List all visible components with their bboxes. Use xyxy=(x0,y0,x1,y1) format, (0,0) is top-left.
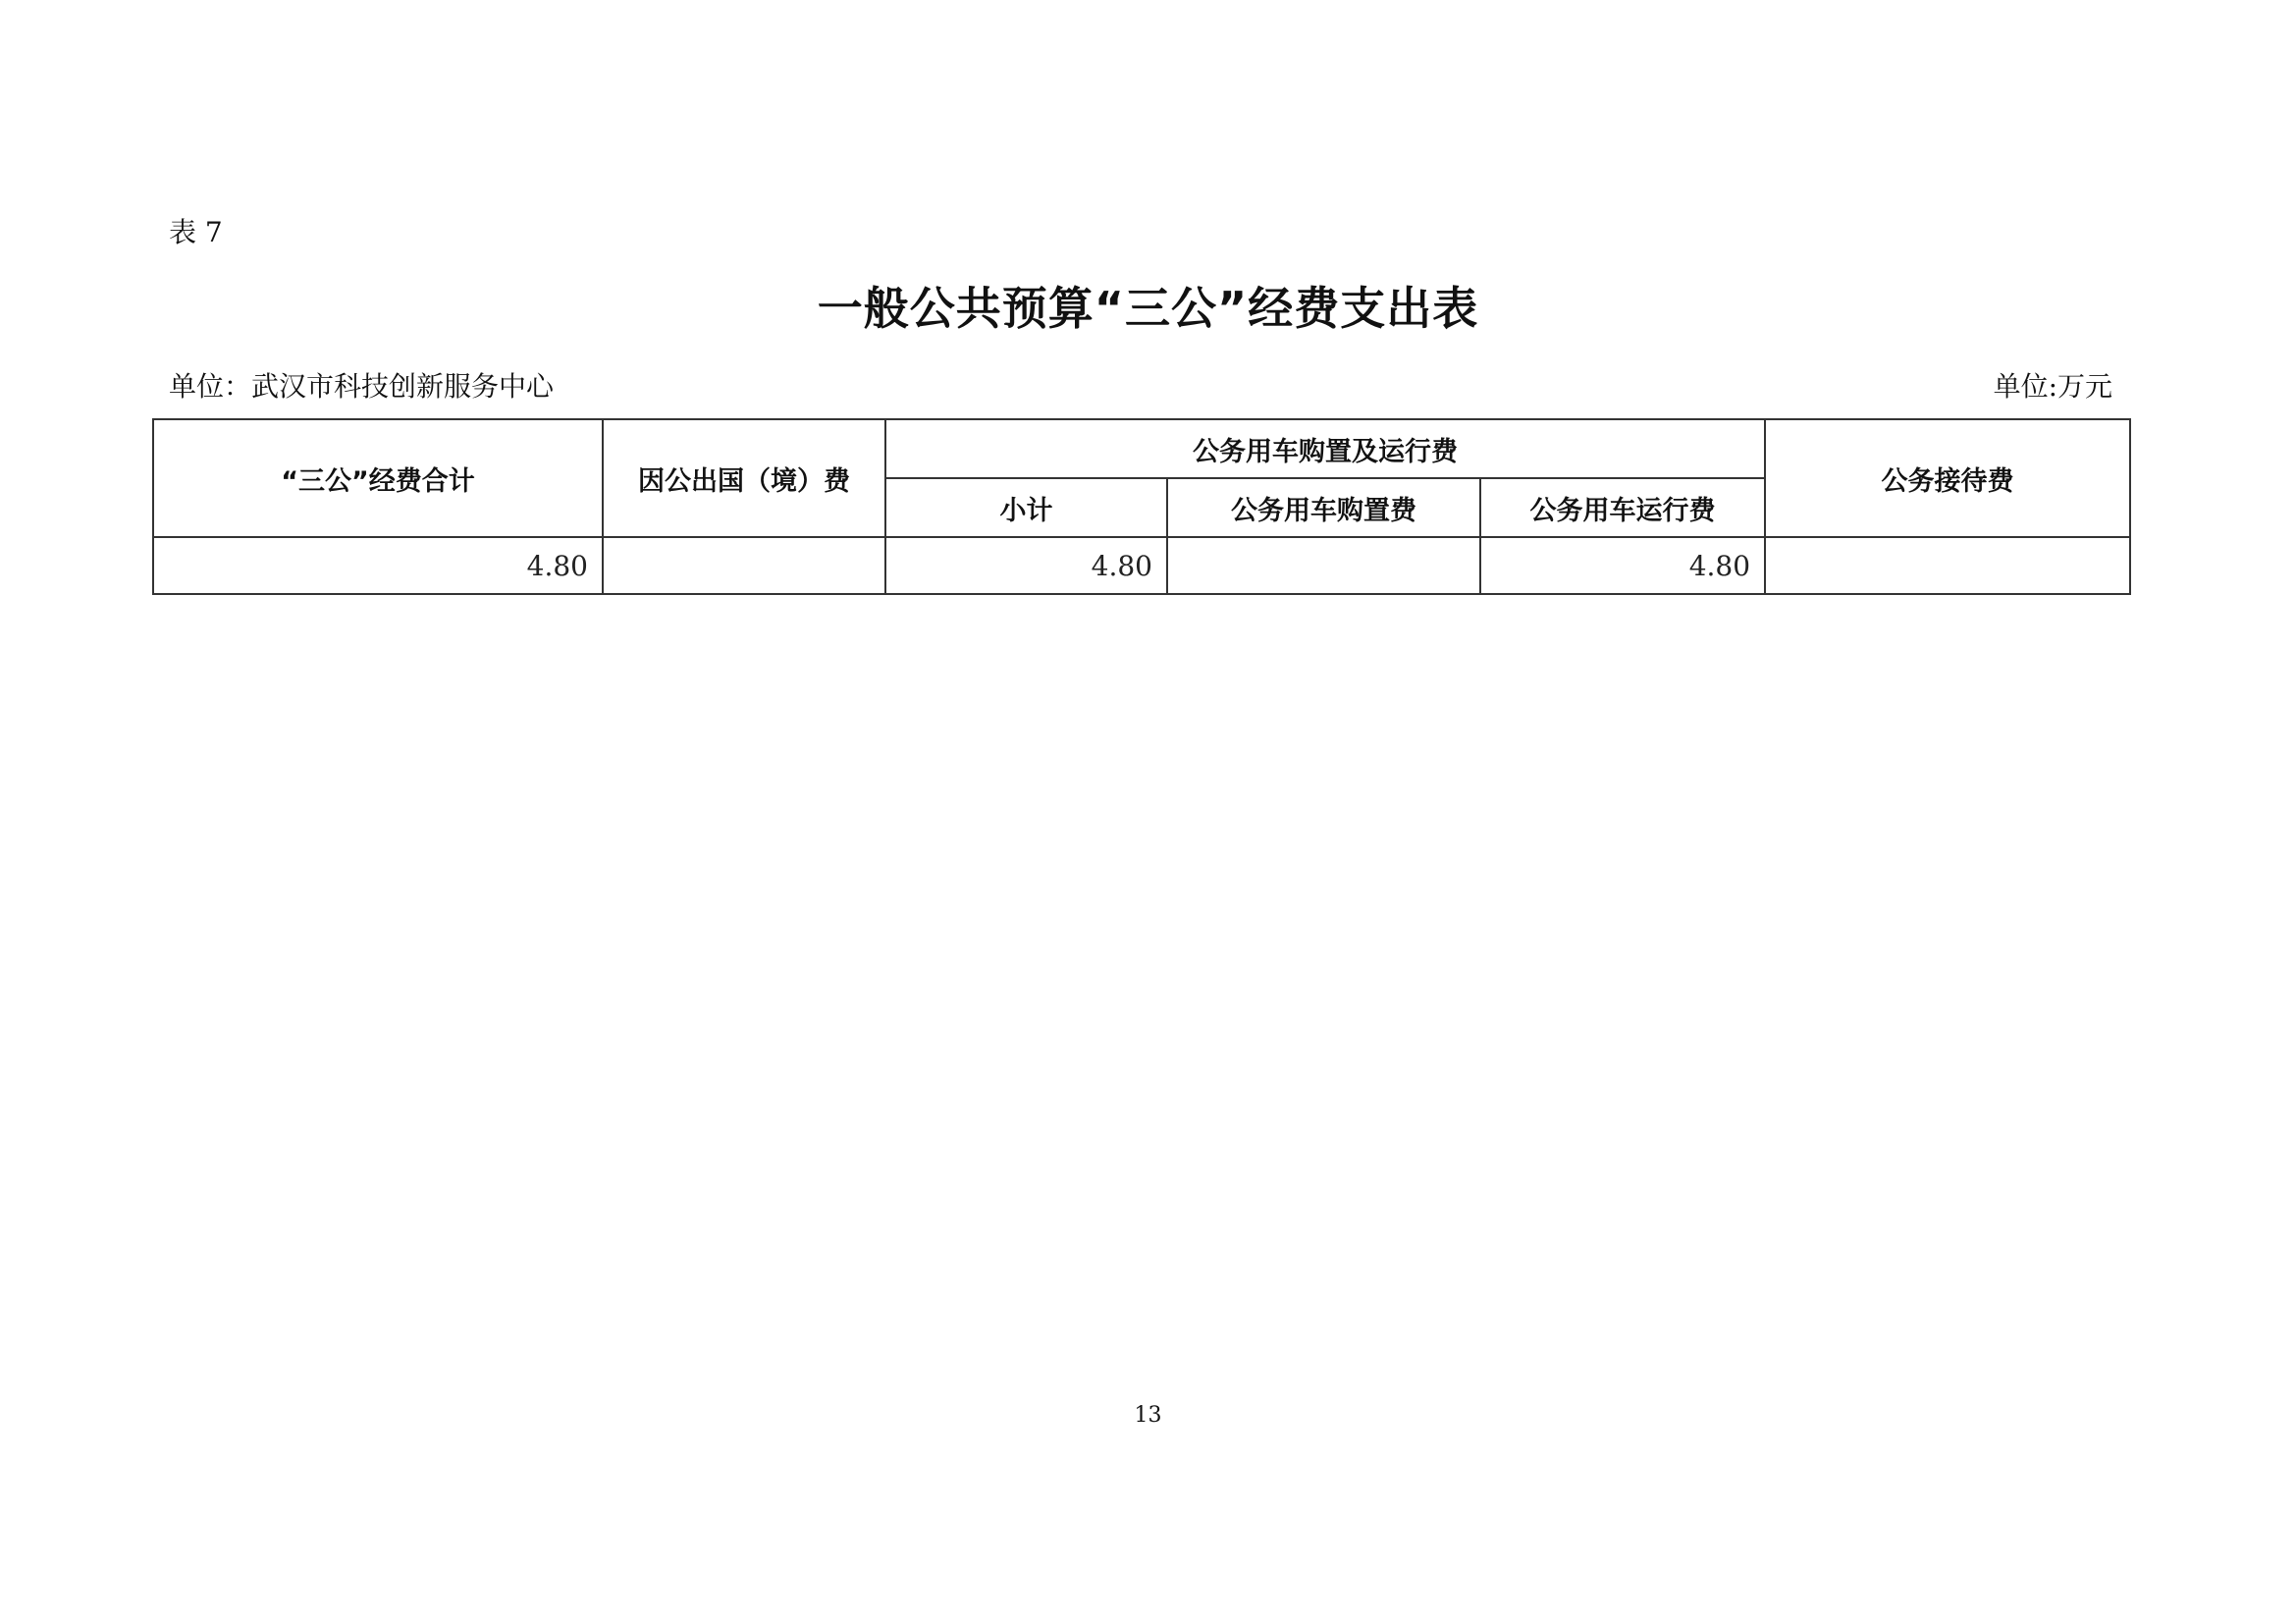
three-public-expenses-table: “三公”经费合计 因公出国（境）费 公务用车购置及运行费 公务接待费 小计 公务… xyxy=(152,418,2131,595)
header-row-1: “三公”经费合计 因公出国（境）费 公务用车购置及运行费 公务接待费 xyxy=(153,419,2130,478)
page-title: 一般公共预算“三公”经费支出表 xyxy=(0,281,2296,336)
header-vehicle-purchase: 公务用车购置费 xyxy=(1167,478,1480,537)
unit-currency: 单位:万元 xyxy=(1994,370,2112,404)
cell-total: 4.80 xyxy=(153,537,603,594)
cell-overseas xyxy=(603,537,885,594)
page-number: 13 xyxy=(0,1402,2296,1430)
cell-vehicle-subtotal: 4.80 xyxy=(885,537,1167,594)
unit-organization: 单位：武汉市科技创新服务中心 xyxy=(169,370,554,404)
header-overseas: 因公出国（境）费 xyxy=(603,419,885,537)
header-vehicle-operation: 公务用车运行费 xyxy=(1480,478,1765,537)
header-vehicle-subtotal: 小计 xyxy=(885,478,1167,537)
cell-vehicle-purchase xyxy=(1167,537,1480,594)
table-label: 表 7 xyxy=(169,216,223,249)
cell-vehicle-operation: 4.80 xyxy=(1480,537,1765,594)
header-reception: 公务接待费 xyxy=(1765,419,2130,537)
table-row: 4.80 4.80 4.80 xyxy=(153,537,2130,594)
header-total: “三公”经费合计 xyxy=(153,419,603,537)
header-vehicle-group: 公务用车购置及运行费 xyxy=(885,419,1765,478)
cell-reception xyxy=(1765,537,2130,594)
